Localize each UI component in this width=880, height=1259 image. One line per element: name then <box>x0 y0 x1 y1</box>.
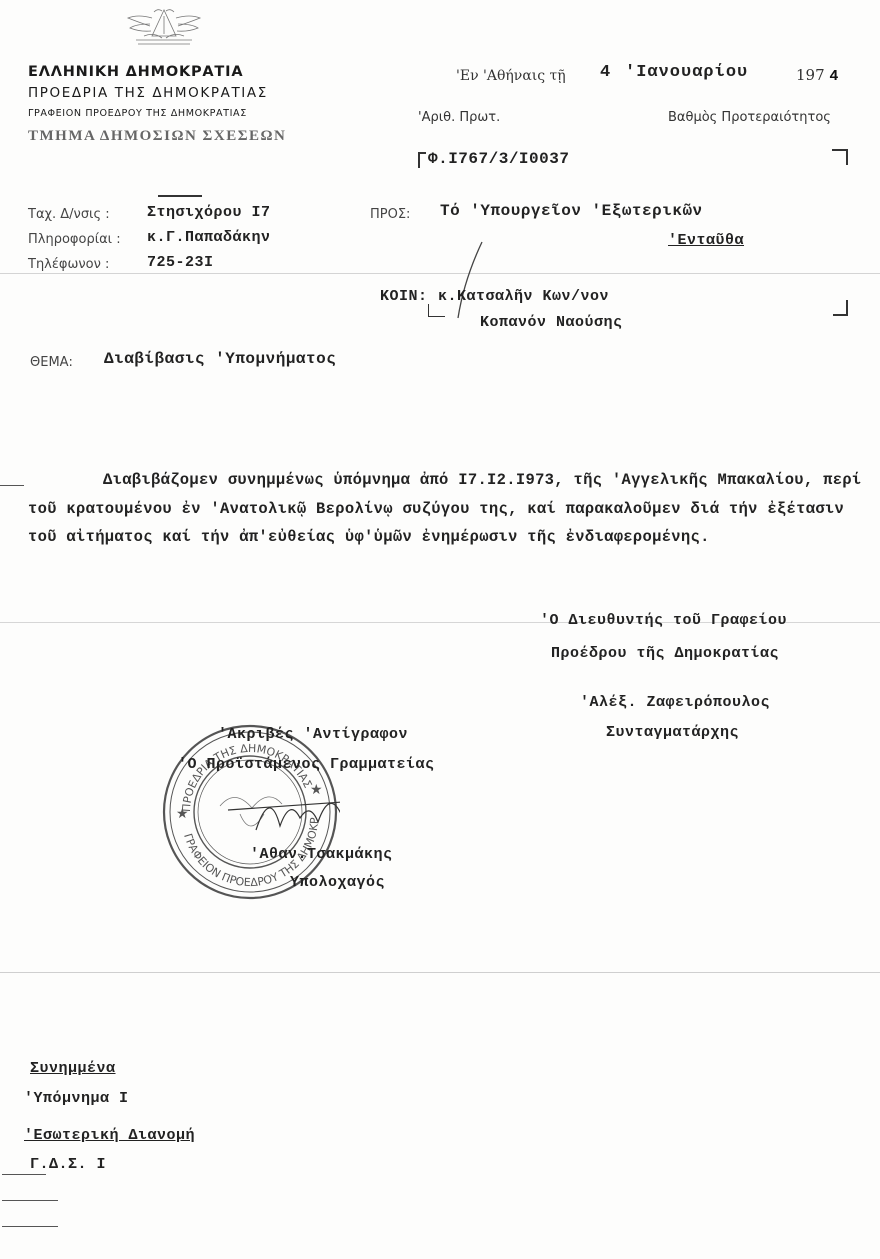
attachment-item: 'Υπόμνημα Ι <box>24 1090 129 1107</box>
body-text: Διαβιβάζομεν συνημμένως ὑπόμνημα ἀπό Ι7.… <box>28 471 862 546</box>
subject-label: ΘΕΜΑ: <box>30 355 73 370</box>
bracket-mark <box>428 304 445 317</box>
dateline-year-typed: 4 <box>829 68 838 85</box>
to-value: Τό 'Υπουργεῖον 'Εξωτερικῶν <box>440 202 703 220</box>
margin-dash <box>2 1174 46 1175</box>
certified-copy-label: 'Ακριβές 'Αντίγραφον <box>218 726 408 743</box>
priority-label: Βαθμὸς Προτεραιότητος <box>668 110 831 125</box>
cc-line-1: κ.Κατσαλῆν Κων/νον <box>438 288 609 305</box>
bracket-mark <box>832 149 848 165</box>
phone-value: 725-23Ι <box>147 254 214 271</box>
divider <box>158 195 202 197</box>
protocol-number: Φ.Ι767/3/Ι0037 <box>428 150 569 168</box>
body-paragraph: Διαβιβάζομεν συνημμένως ὑπόμνημα ἀπό Ι7.… <box>28 466 878 552</box>
letterhead-presidency: ΠΡΟΕΔΡΙΑ ΤΗΣ ΔΗΜΟΚΡΑΤΙΑΣ <box>28 85 268 101</box>
svg-text:★: ★ <box>176 806 189 822</box>
dateline-year-printed: 197 <box>796 66 825 84</box>
letterhead-office: ΓΡΑΦΕΙΟΝ ΠΡΟΕΔΡΟΥ ΤΗΣ ΔΗΜΟΚΡΑΤΙΑΣ <box>28 108 247 119</box>
info-label: Πληροφορίαι : <box>28 232 121 247</box>
certified-copy-title: 'Ο Προϊστάμενος Γραμματείας <box>178 756 435 773</box>
svg-text:★: ★ <box>310 782 323 798</box>
signatory-rank: Συνταγματάρχης <box>606 724 739 741</box>
protocol-label: 'Αριθ. Πρωτ. <box>418 110 500 125</box>
dateline-year: 197 4 <box>796 66 838 85</box>
letterhead-department: ΤΜΗΜΑ ΔΗΜΟΣΙΩΝ ΣΧΕΣΕΩΝ <box>28 128 286 145</box>
distribution-heading: 'Εσωτερική Διανομή <box>24 1127 195 1144</box>
signatory-name: 'Αλέξ. Ζαφειρόπουλος <box>580 694 770 711</box>
coat-of-arms-emblem-icon <box>124 6 204 48</box>
attachments-heading: Συνημμένα <box>30 1060 116 1077</box>
fold-line <box>0 273 880 274</box>
to-location: 'Ενταῦθα <box>668 232 744 249</box>
certified-copy-name: 'Αθαν.Τσακμάκης <box>250 846 393 863</box>
dateline-day: 4 <box>600 63 611 82</box>
dateline-month: 'Ιανουαρίου <box>625 63 748 82</box>
signatory-title-2: Προέδρου τῆς Δημοκρατίας <box>551 645 779 662</box>
bracket-mark <box>418 152 426 168</box>
signatory-title-1: 'Ο Διευθυντής τοῦ Γραφείου <box>540 612 787 629</box>
cc-line-2: Κοπανόν Ναούσης <box>480 314 623 331</box>
margin-dash <box>2 1226 58 1227</box>
to-label: ΠΡΟΣ: <box>370 207 410 222</box>
info-value: κ.Γ.Παπαδάκην <box>147 229 271 246</box>
dateline-prefix: 'Εν 'Αθήναις τῇ <box>456 68 566 84</box>
distribution-item: Γ.Δ.Σ. Ι <box>30 1156 106 1173</box>
certified-copy-rank: Υπολοχαγός <box>290 874 385 891</box>
address-value: Στησιχόρου Ι7 <box>147 204 271 221</box>
letterhead-state: ΕΛΛΗΝΙΚΗ ΔΗΜΟΚΡΑΤΙΑ <box>28 64 243 80</box>
margin-dash <box>2 1200 58 1201</box>
subject-value: Διαβίβασις 'Υπομνήματος <box>104 350 336 368</box>
bracket-mark <box>833 300 848 316</box>
pen-slash-mark <box>446 240 496 320</box>
cc-label: ΚΟΙΝ: <box>380 288 428 305</box>
address-label: Ταχ. Δ/νσις : <box>28 207 110 222</box>
fold-line <box>0 972 880 973</box>
margin-dash <box>0 485 24 486</box>
phone-label: Τηλέφωνον : <box>28 257 109 272</box>
